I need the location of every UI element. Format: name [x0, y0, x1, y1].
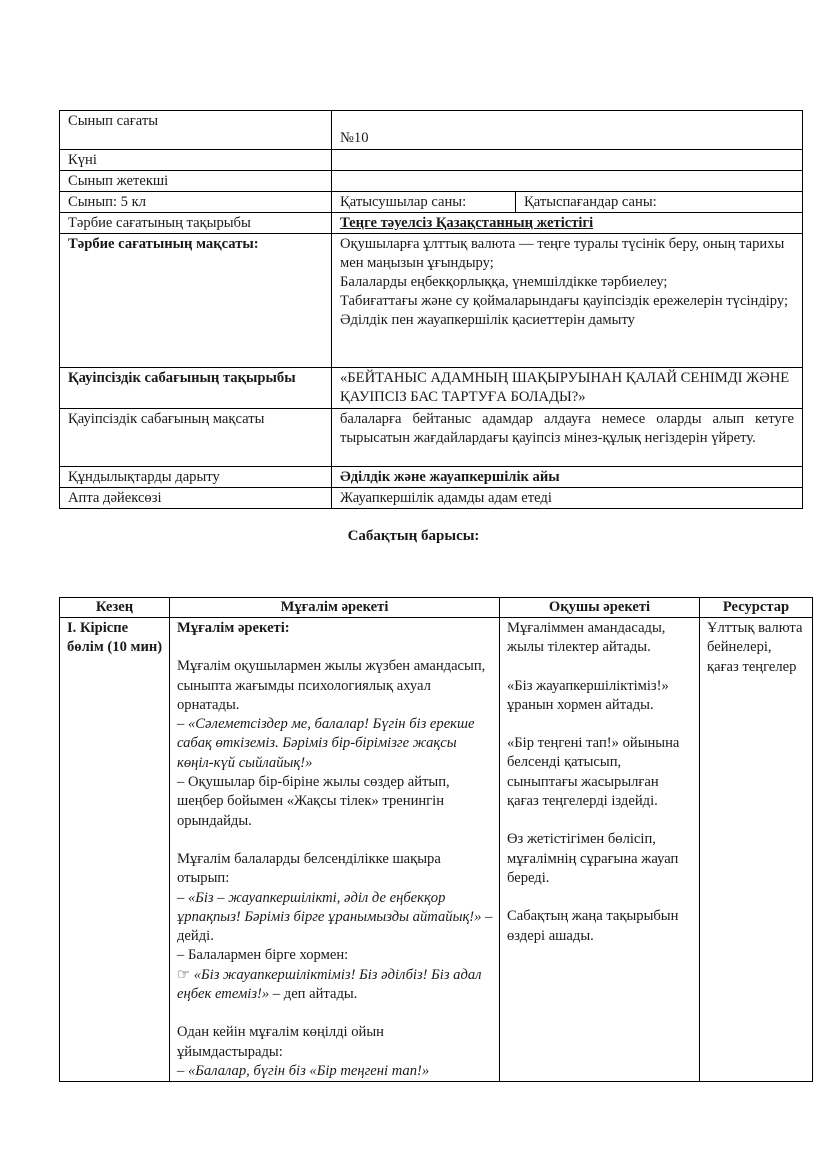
safety-goal-label: Қауіпсіздік сабағының мақсаты — [60, 409, 332, 467]
teacher-heading: Мұғалім әрекеті: — [177, 619, 493, 638]
teacher-label: Сынып жетекші — [60, 171, 332, 192]
student-action: Мұғаліммен амандасады, жылы тілектер айт… — [507, 619, 693, 658]
header-teacher-action: Мұғалім әрекеті — [170, 598, 500, 618]
goal-label: Тәрбие сағатының мақсаты: — [60, 234, 332, 368]
quote-label: Апта дәйексөзі — [60, 488, 332, 509]
date-value — [332, 150, 803, 171]
goal-line: Балаларды еңбекқорлыққа, үнемшілдікке тә… — [340, 273, 794, 292]
date-label: Күні — [60, 150, 332, 171]
teacher-paragraph: Одан кейін мұғалім көңілді ойын ұйымдаст… — [177, 1023, 493, 1062]
header-resources: Ресурстар — [700, 598, 813, 618]
student-action: Сабақтың жаңа тақырыбын өздері ашады. — [507, 907, 693, 946]
teacher-quote: – «Балалар, бүгін біз «Бір теңгені тап!» — [177, 1062, 493, 1081]
teacher-paragraph: Мұғалім оқушылармен жылы жүзбен амандасы… — [177, 657, 493, 715]
teacher-quote-tail: – деп айтады. — [269, 986, 357, 1002]
goal-line: Әділдік пен жауапкершілік қасиеттерін да… — [340, 311, 794, 330]
header-student-action: Оқушы әрекеті — [500, 598, 700, 618]
goal-value: Оқушыларға ұлттық валюта — теңге туралы … — [332, 234, 803, 368]
absent-count-label: Қатыспағандар саны: — [516, 192, 803, 213]
header-stage: Кезең — [60, 598, 170, 618]
teacher-quote-line: – «Біз – жауапкершілікті, әділ де еңбекқ… — [177, 889, 493, 947]
values-value: Әділдік және жауапкершілік айы — [332, 467, 803, 488]
pointing-hand-icon: ☞ — [177, 967, 190, 983]
student-action: «Бір теңгені тап!» ойынына белсенді қаты… — [507, 734, 693, 811]
safety-goal-value: балаларға бейтаныс адамдар алдауға немес… — [332, 409, 803, 467]
class-hour-value: №10 — [332, 111, 803, 150]
section-title: Сабақтың барысы: — [0, 528, 827, 545]
student-action-cell: Мұғаліммен амандасады, жылы тілектер айт… — [500, 618, 700, 1082]
table-row: I. Кіріспе бөлім (10 мин) Мұғалім әрекет… — [60, 618, 813, 1082]
quote-value: Жауапкершілік адамды адам етеді — [332, 488, 803, 509]
stage-cell: I. Кіріспе бөлім (10 мин) — [60, 618, 170, 1082]
class-label: Сынып: 5 кл — [60, 192, 332, 213]
lesson-plan-table: Кезең Мұғалім әрекеті Оқушы әрекеті Ресу… — [59, 597, 813, 1082]
teacher-paragraph: – Оқушылар бір-біріне жылы сөздер айтып,… — [177, 773, 493, 831]
safety-topic-label: Қауіпсіздік сабағының тақырыбы — [60, 368, 332, 409]
class-hour-label: Сынып сағаты — [60, 111, 332, 150]
safety-topic-value: «БЕЙТАНЫС АДАМНЫҢ ШАҚЫРУЫНАН ҚАЛАЙ СЕНІМ… — [332, 368, 803, 409]
student-action: Өз жетістігімен бөлісіп, мұғалімнің сұра… — [507, 830, 693, 888]
teacher-action-cell: Мұғалім әрекеті: Мұғалім оқушылармен жыл… — [170, 618, 500, 1082]
teacher-quote: – «Біз – жауапкершілікті, әділ де еңбекқ… — [177, 890, 481, 925]
goal-line: Оқушыларға ұлттық валюта — теңге туралы … — [340, 235, 794, 273]
resources-cell: Ұлттық валюта бейнелері, қағаз теңгелер — [700, 618, 813, 1082]
teacher-paragraph: – Балалармен бірге хормен: — [177, 946, 493, 965]
goal-line: Табиғаттағы және су қоймаларындағы қауіп… — [340, 292, 794, 311]
teacher-paragraph: Мұғалім балаларды белсенділікке шақыра о… — [177, 850, 493, 889]
lesson-info-table: Сынып сағаты №10 Күні Сынып жетекші Сыны… — [59, 110, 803, 509]
present-count-label: Қатысушылар саны: — [332, 192, 516, 213]
teacher-quote: – «Сәлеметсіздер ме, балалар! Бүгін біз … — [177, 715, 493, 773]
topic-value: Теңге тәуелсіз Қазақстанның жетістігі — [332, 213, 803, 234]
teacher-value — [332, 171, 803, 192]
topic-label: Тәрбие сағатының тақырыбы — [60, 213, 332, 234]
student-action: «Біз жауапкершіліктіміз!» ұранын хормен … — [507, 677, 693, 716]
values-label: Құндылықтарды дарыту — [60, 467, 332, 488]
teacher-chant-line: ☞ «Біз жауапкершіліктіміз! Біз әділбіз! … — [177, 966, 493, 1005]
